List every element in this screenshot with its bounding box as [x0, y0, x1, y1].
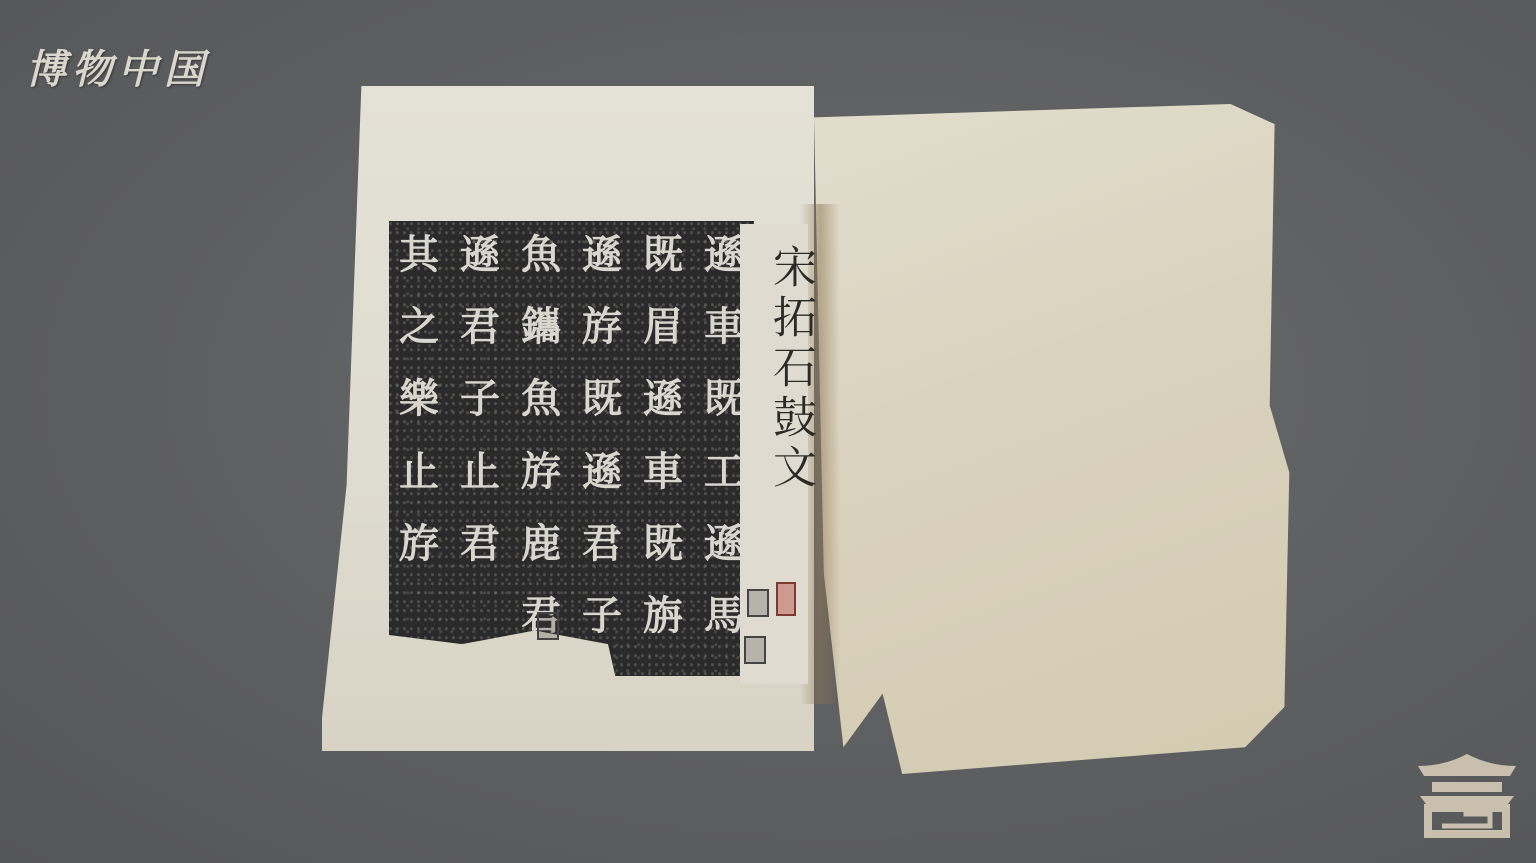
- rubbing-character: 既: [643, 235, 683, 275]
- rubbing-character: 馬: [704, 596, 744, 636]
- rubbing-character: 遜: [582, 235, 622, 275]
- seal-stamp: [537, 612, 559, 640]
- rubbing-character: 君: [582, 524, 622, 564]
- ink-rubbing: 遜車既工遜馬既眉遜車既旃遜斿既遜君子魚鑴魚斿鹿君遜君子止君 其之樂止斿: [389, 221, 754, 676]
- rubbing-character: 遜: [460, 235, 500, 275]
- rubbing-character: 斿: [582, 307, 622, 347]
- pavilion-logo-icon: [1414, 752, 1520, 838]
- rubbing-character: 斿: [399, 524, 439, 564]
- rubbing-character: 車: [643, 452, 683, 492]
- rubbing-character: 眉: [643, 307, 683, 347]
- right-page: [814, 104, 1304, 774]
- rubbing-character: 鑴: [521, 307, 561, 347]
- rubbing-column: 遜斿既遜君子: [582, 235, 622, 636]
- rubbing-character: 子: [582, 596, 622, 636]
- watermark-text: 博物中国: [26, 38, 210, 95]
- book-title: 宋拓石鼓文: [758, 244, 822, 494]
- rubbing-character: [460, 596, 500, 636]
- rubbing-column: 魚鑴魚斿鹿君: [521, 235, 561, 636]
- rubbing-character: 子: [460, 379, 500, 419]
- rubbing-character: 樂: [399, 379, 439, 419]
- rubbing-character: 其: [399, 235, 439, 275]
- rubbing-character: 遜: [704, 524, 744, 564]
- rubbing-character: 止: [460, 452, 500, 492]
- seal-stamp: [747, 589, 769, 617]
- rubbing-character: 君: [460, 524, 500, 564]
- rubbing-character: 止: [399, 452, 439, 492]
- rubbing-character: 鹿: [521, 524, 561, 564]
- rubbing-character: 遜: [643, 379, 683, 419]
- red-seal-stamp: [776, 582, 796, 616]
- rubbing-character: [399, 596, 439, 636]
- rubbing-characters: 遜車既工遜馬既眉遜車既旃遜斿既遜君子魚鑴魚斿鹿君遜君子止君 其之樂止斿: [399, 235, 744, 636]
- rubbing-character: 車: [704, 307, 744, 347]
- seal-stamp: [744, 636, 766, 664]
- rubbing-column: 遜車既工遜馬: [704, 235, 744, 636]
- rubbing-column: 遜君子止君: [460, 235, 500, 636]
- rubbing-character: 魚: [521, 235, 561, 275]
- open-book: 遜車既工遜馬既眉遜車既旃遜斿既遜君子魚鑴魚斿鹿君遜君子止君 其之樂止斿 宋拓石鼓…: [322, 84, 1302, 784]
- rubbing-character: 旃: [643, 596, 683, 636]
- rubbing-character: 遜: [582, 452, 622, 492]
- rubbing-character: 斿: [521, 452, 561, 492]
- rubbing-character: 既: [643, 524, 683, 564]
- rubbing-character: 既: [704, 379, 744, 419]
- rubbing-column: 既眉遜車既旃: [643, 235, 683, 636]
- rubbing-character: 既: [582, 379, 622, 419]
- rubbing-column: 其之樂止斿: [399, 235, 439, 636]
- rubbing-character: 之: [399, 307, 439, 347]
- rubbing-character: 魚: [521, 379, 561, 419]
- rubbing-character: 工: [704, 452, 744, 492]
- rubbing-character: 君: [460, 307, 500, 347]
- rubbing-character: 遜: [704, 235, 744, 275]
